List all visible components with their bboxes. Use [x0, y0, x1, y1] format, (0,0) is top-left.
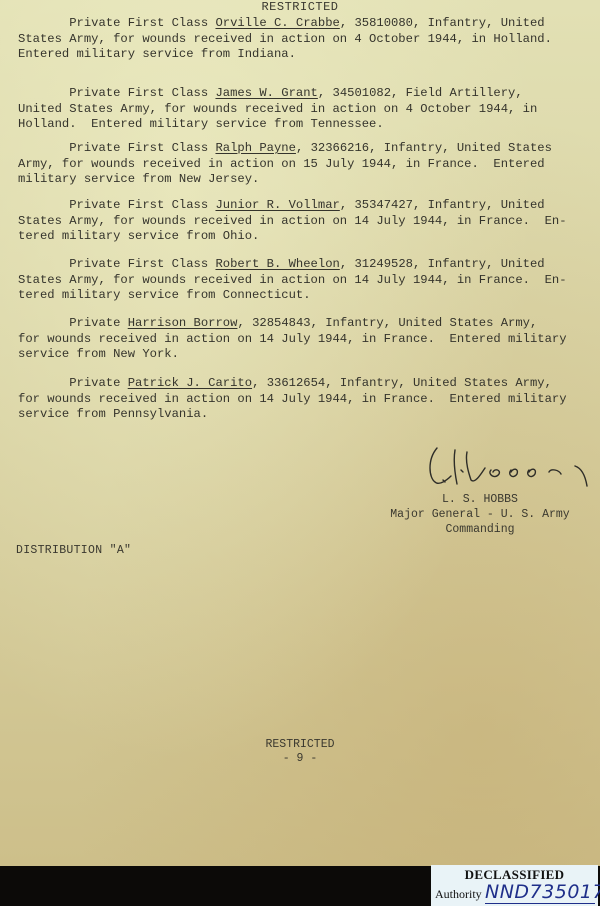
entry-name: Junior R. Vollmar: [215, 198, 339, 212]
entry-name: Ralph Payne: [215, 141, 295, 155]
citation-entry: Private First Class James W. Grant, 3450…: [18, 86, 578, 133]
entry-line: military service from New Jersey.: [18, 172, 259, 186]
distribution-line: DISTRIBUTION "A": [16, 544, 131, 557]
entry-line: service from New York.: [18, 347, 179, 361]
entry-details: , 34501082, Field Artillery,: [318, 86, 523, 100]
citation-entry: Private First Class Orville C. Crabbe, 3…: [18, 16, 578, 63]
handwritten-signature: [425, 440, 595, 490]
entry-name: Orville C. Crabbe: [215, 16, 339, 30]
page-footer: RESTRICTED - 9 -: [0, 738, 600, 766]
entry-line: United States Army, for wounds received …: [18, 102, 537, 116]
stamp-authority-value: NND735017: [485, 881, 595, 904]
document-page: RESTRICTED Private First Class Orville C…: [0, 0, 600, 866]
signer-title: Major General - U. S. Army: [380, 507, 580, 522]
entry-name: Harrison Borrow: [128, 316, 238, 330]
entry-details: , 32366216, Infantry, United States: [296, 141, 552, 155]
signature-block: L. S. HOBBS Major General - U. S. Army C…: [380, 492, 580, 537]
entry-details: , 32854843, Infantry, United States Army…: [237, 316, 537, 330]
entry-line: States Army, for wounds received in acti…: [18, 214, 567, 228]
citation-entry: Private First Class Ralph Payne, 3236621…: [18, 141, 578, 188]
entry-rank: Private First Class: [18, 16, 215, 30]
entry-rank: Private First Class: [18, 257, 215, 271]
entry-line: for wounds received in action on 14 July…: [18, 392, 567, 406]
signer-role: Commanding: [380, 522, 580, 537]
header-classification: RESTRICTED: [0, 0, 600, 14]
entry-line: tered military service from Ohio.: [18, 229, 259, 243]
entry-line: Army, for wounds received in action on 1…: [18, 157, 545, 171]
entry-line: for wounds received in action on 14 July…: [18, 332, 567, 346]
page-number: - 9 -: [0, 752, 600, 766]
entry-line: tered military service from Connecticut.: [18, 288, 311, 302]
entry-line: States Army, for wounds received in acti…: [18, 32, 552, 46]
entry-details: , 33612654, Infantry, United States Army…: [252, 376, 552, 390]
entry-rank: Private First Class: [18, 86, 215, 100]
footer-classification: RESTRICTED: [0, 738, 600, 752]
stamp-authority-label: Authority: [435, 887, 482, 902]
entry-rank: Private: [18, 376, 128, 390]
citation-entry: Private First Class Robert B. Wheelon, 3…: [18, 257, 578, 304]
entry-line: service from Pennsylvania.: [18, 407, 208, 421]
citation-entry: Private Patrick J. Carito, 33612654, Inf…: [18, 376, 578, 423]
entry-line: Entered military service from Indiana.: [18, 47, 296, 61]
entry-name: Patrick J. Carito: [128, 376, 252, 390]
citation-entry: Private Harrison Borrow, 32854843, Infan…: [18, 316, 578, 363]
entry-name: Robert B. Wheelon: [215, 257, 339, 271]
signer-name: L. S. HOBBS: [380, 492, 580, 507]
declassified-stamp: DECLASSIFIED Authority NND735017: [431, 865, 598, 906]
entry-rank: Private First Class: [18, 198, 215, 212]
entry-line: States Army, for wounds received in acti…: [18, 273, 567, 287]
entry-line: Holland. Entered military service from T…: [18, 117, 384, 131]
entry-details: , 31249528, Infantry, United: [340, 257, 545, 271]
entry-rank: Private First Class: [18, 141, 215, 155]
entry-rank: Private: [18, 316, 128, 330]
entry-name: James W. Grant: [215, 86, 317, 100]
citation-entry: Private First Class Junior R. Vollmar, 3…: [18, 198, 578, 245]
entry-details: , 35347427, Infantry, United: [340, 198, 545, 212]
entry-details: , 35810080, Infantry, United: [340, 16, 545, 30]
